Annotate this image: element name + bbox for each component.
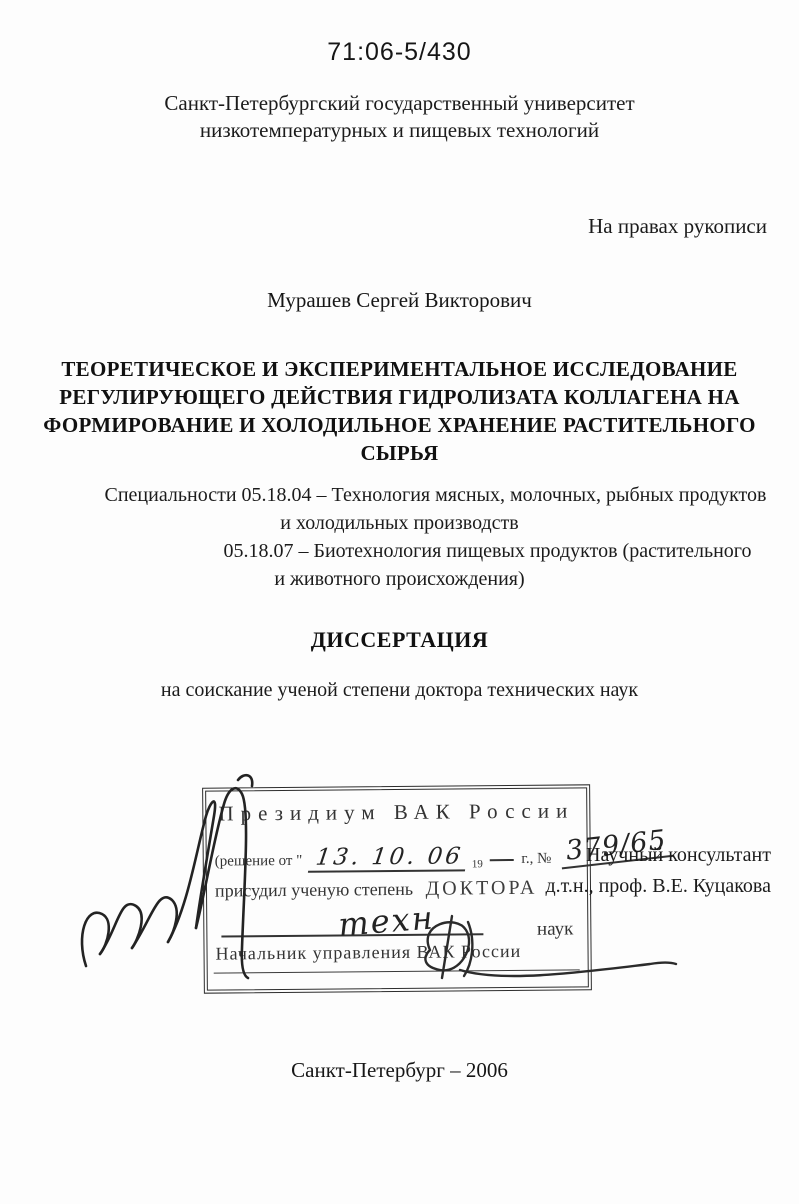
- stamp-sciences-word: наук: [537, 918, 574, 940]
- stamp-bottom-rule: [214, 969, 580, 973]
- title-line: ФОРМИРОВАНИЕ И ХОЛОДИЛЬНОЕ ХРАНЕНИЕ РАСТ…: [0, 411, 799, 439]
- university-name: Санкт-Петербургский государственный унив…: [0, 90, 799, 144]
- title-line: ТЕОРЕТИЧЕСКОЕ И ЭКСПЕРИМЕНТАЛЬНОЕ ИССЛЕД…: [0, 355, 799, 383]
- document-type-label: ДИССЕРТАЦИЯ: [0, 627, 799, 653]
- specialty-line: Специальности 05.18.04 – Технология мясн…: [0, 481, 799, 509]
- degree-purpose-line: на соискание ученой степени доктора техн…: [0, 679, 799, 702]
- vak-approval-stamp: Президиум ВАК России (решение от " 13. 1…: [202, 784, 592, 993]
- author-name: Мурашев Сергей Викторович: [0, 288, 799, 313]
- stamped-degree-word: ДОКТОРА: [425, 877, 537, 900]
- stamp-field-line: техн наук: [221, 898, 575, 945]
- stamp-blank-segment: [490, 859, 514, 861]
- specialties-block: Специальности 05.18.04 – Технология мясн…: [0, 481, 799, 593]
- specialty-line: 05.18.07 – Биотехнология пищевых продукт…: [0, 537, 799, 565]
- handwritten-decision-date: 13. 10. 06: [308, 843, 469, 872]
- stamp-decision-prefix: (решение от ": [215, 853, 303, 871]
- city-and-year: Санкт-Петербург – 2006: [0, 1058, 799, 1083]
- consultant-name-line: д.т.н., проф. В.Е. Куцакова: [545, 871, 771, 902]
- university-line-1: Санкт-Петербургский государственный унив…: [0, 90, 799, 117]
- specialty-line: и холодильных производств: [0, 509, 799, 537]
- dissertation-title: ТЕОРЕТИЧЕСКОЕ И ЭКСПЕРИМЕНТАЛЬНОЕ ИССЛЕД…: [0, 355, 799, 467]
- university-line-2: низкотемпературных и пищевых технологий: [0, 117, 799, 144]
- specialty-line: и животного происхождения): [0, 565, 799, 593]
- stamp-award-prefix: присудил ученую степень: [215, 879, 413, 901]
- consultant-role-line: Научный консультант: [545, 840, 771, 871]
- dissertation-title-page: 71:06-5/430 Санкт-Петербургский государс…: [0, 0, 799, 1204]
- title-line: РЕГУЛИРУЮЩЕГО ДЕЙСТВИЯ ГИДРОЛИЗАТА КОЛЛА…: [0, 383, 799, 411]
- handwritten-field-word: техн: [337, 898, 436, 943]
- stamp-decision-line: (решение от " 13. 10. 06 19 г., № 379/65: [215, 838, 587, 874]
- stamp-official-title: Начальник управления ВАК России: [215, 941, 521, 965]
- stamp-organization: Президиум ВАК России: [206, 798, 586, 826]
- manuscript-rights-note: На правах рукописи: [588, 214, 767, 239]
- scientific-consultant-block: Научный консультант д.т.н., проф. В.Е. К…: [545, 840, 771, 902]
- stamp-printed-year: 19: [472, 858, 483, 870]
- title-line: СЫРЬЯ: [0, 439, 799, 467]
- catalog-number: 71:06-5/430: [0, 38, 799, 67]
